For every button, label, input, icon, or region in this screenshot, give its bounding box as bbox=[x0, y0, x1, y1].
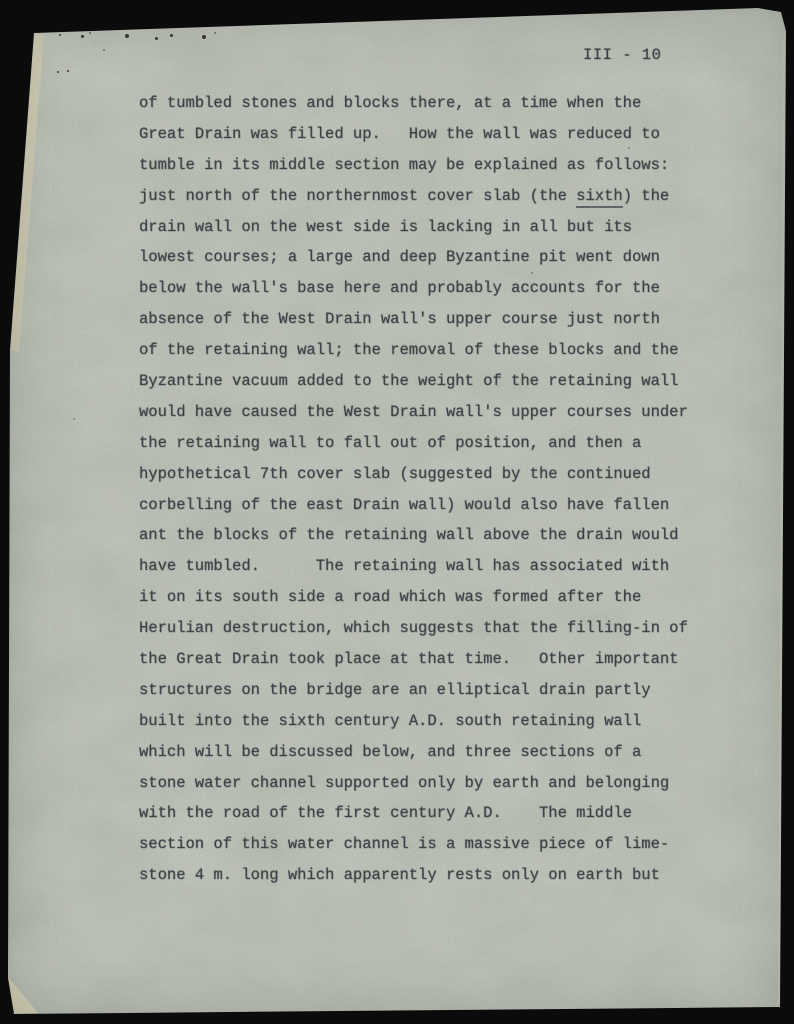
text-line: Byzantine vacuum added to the weight of … bbox=[139, 366, 709, 397]
text-line: of tumbled stones and blocks there, at a… bbox=[139, 88, 709, 119]
text-line: the Great Drain took place at that time.… bbox=[139, 644, 709, 675]
pinhole-mark bbox=[214, 32, 216, 34]
document-page: III - 10 of tumbled stones and blocks th… bbox=[0, 0, 794, 1024]
text-line: Great Drain was filled up. How the wall … bbox=[139, 119, 709, 150]
scan-background: III - 10 of tumbled stones and blocks th… bbox=[0, 0, 794, 1024]
text-line: drain wall on the west side is lacking i… bbox=[139, 212, 709, 243]
typed-text: of tumbled stones and blocks there, at a… bbox=[139, 88, 709, 891]
text-line: built into the sixth century A.D. south … bbox=[139, 706, 709, 737]
text-line: have tumbled. The retaining wall has ass… bbox=[139, 551, 709, 582]
pinhole-mark bbox=[81, 35, 84, 38]
pinhole-mark bbox=[57, 71, 59, 73]
text-line: would have caused the West Drain wall's … bbox=[139, 397, 709, 428]
pinhole-mark bbox=[67, 70, 69, 72]
text-line: tumble in its middle section may be expl… bbox=[139, 150, 709, 181]
text-line: stone 4 m. long which apparently rests o… bbox=[139, 860, 709, 891]
text-line: of the retaining wall; the removal of th… bbox=[139, 335, 709, 366]
text-line: absence of the West Drain wall's upper c… bbox=[139, 304, 709, 335]
text-line: hypothetical 7th cover slab (suggested b… bbox=[139, 459, 709, 490]
page-number: III - 10 bbox=[583, 46, 661, 64]
text-line: lowest courses; a large and deep Byzanti… bbox=[139, 242, 709, 273]
text-line: with the road of the first century A.D. … bbox=[139, 798, 709, 829]
text-line: below the wall's base here and probably … bbox=[139, 273, 709, 304]
text-line: it on its south side a road which was fo… bbox=[139, 582, 709, 613]
text-line: just north of the northernmost cover sla… bbox=[139, 181, 709, 212]
text-segment: ) the bbox=[623, 187, 670, 205]
text-line: which will be discussed below, and three… bbox=[139, 737, 709, 768]
text-line: ant the blocks of the retaining wall abo… bbox=[139, 520, 709, 551]
pinhole-mark bbox=[89, 32, 91, 34]
speck-mark bbox=[73, 418, 75, 420]
pinhole-mark bbox=[202, 35, 206, 39]
underlined-word: sixth bbox=[576, 187, 623, 208]
pinhole-mark bbox=[170, 34, 173, 37]
text-line: the retaining wall to fall out of positi… bbox=[139, 428, 709, 459]
text-line: stone water channel supported only by ea… bbox=[139, 768, 709, 799]
text-line: Herulian destruction, which suggests tha… bbox=[139, 613, 709, 644]
text-segment: just north of the northernmost cover sla… bbox=[139, 187, 576, 205]
pinhole-mark bbox=[59, 34, 61, 36]
pinhole-mark bbox=[125, 34, 129, 38]
text-line: section of this water channel is a massi… bbox=[139, 829, 709, 860]
pinhole-mark bbox=[103, 49, 105, 51]
text-line: structures on the bridge are an elliptic… bbox=[139, 675, 709, 706]
pinhole-mark bbox=[155, 37, 158, 40]
text-line: corbelling of the east Drain wall) would… bbox=[139, 490, 709, 521]
